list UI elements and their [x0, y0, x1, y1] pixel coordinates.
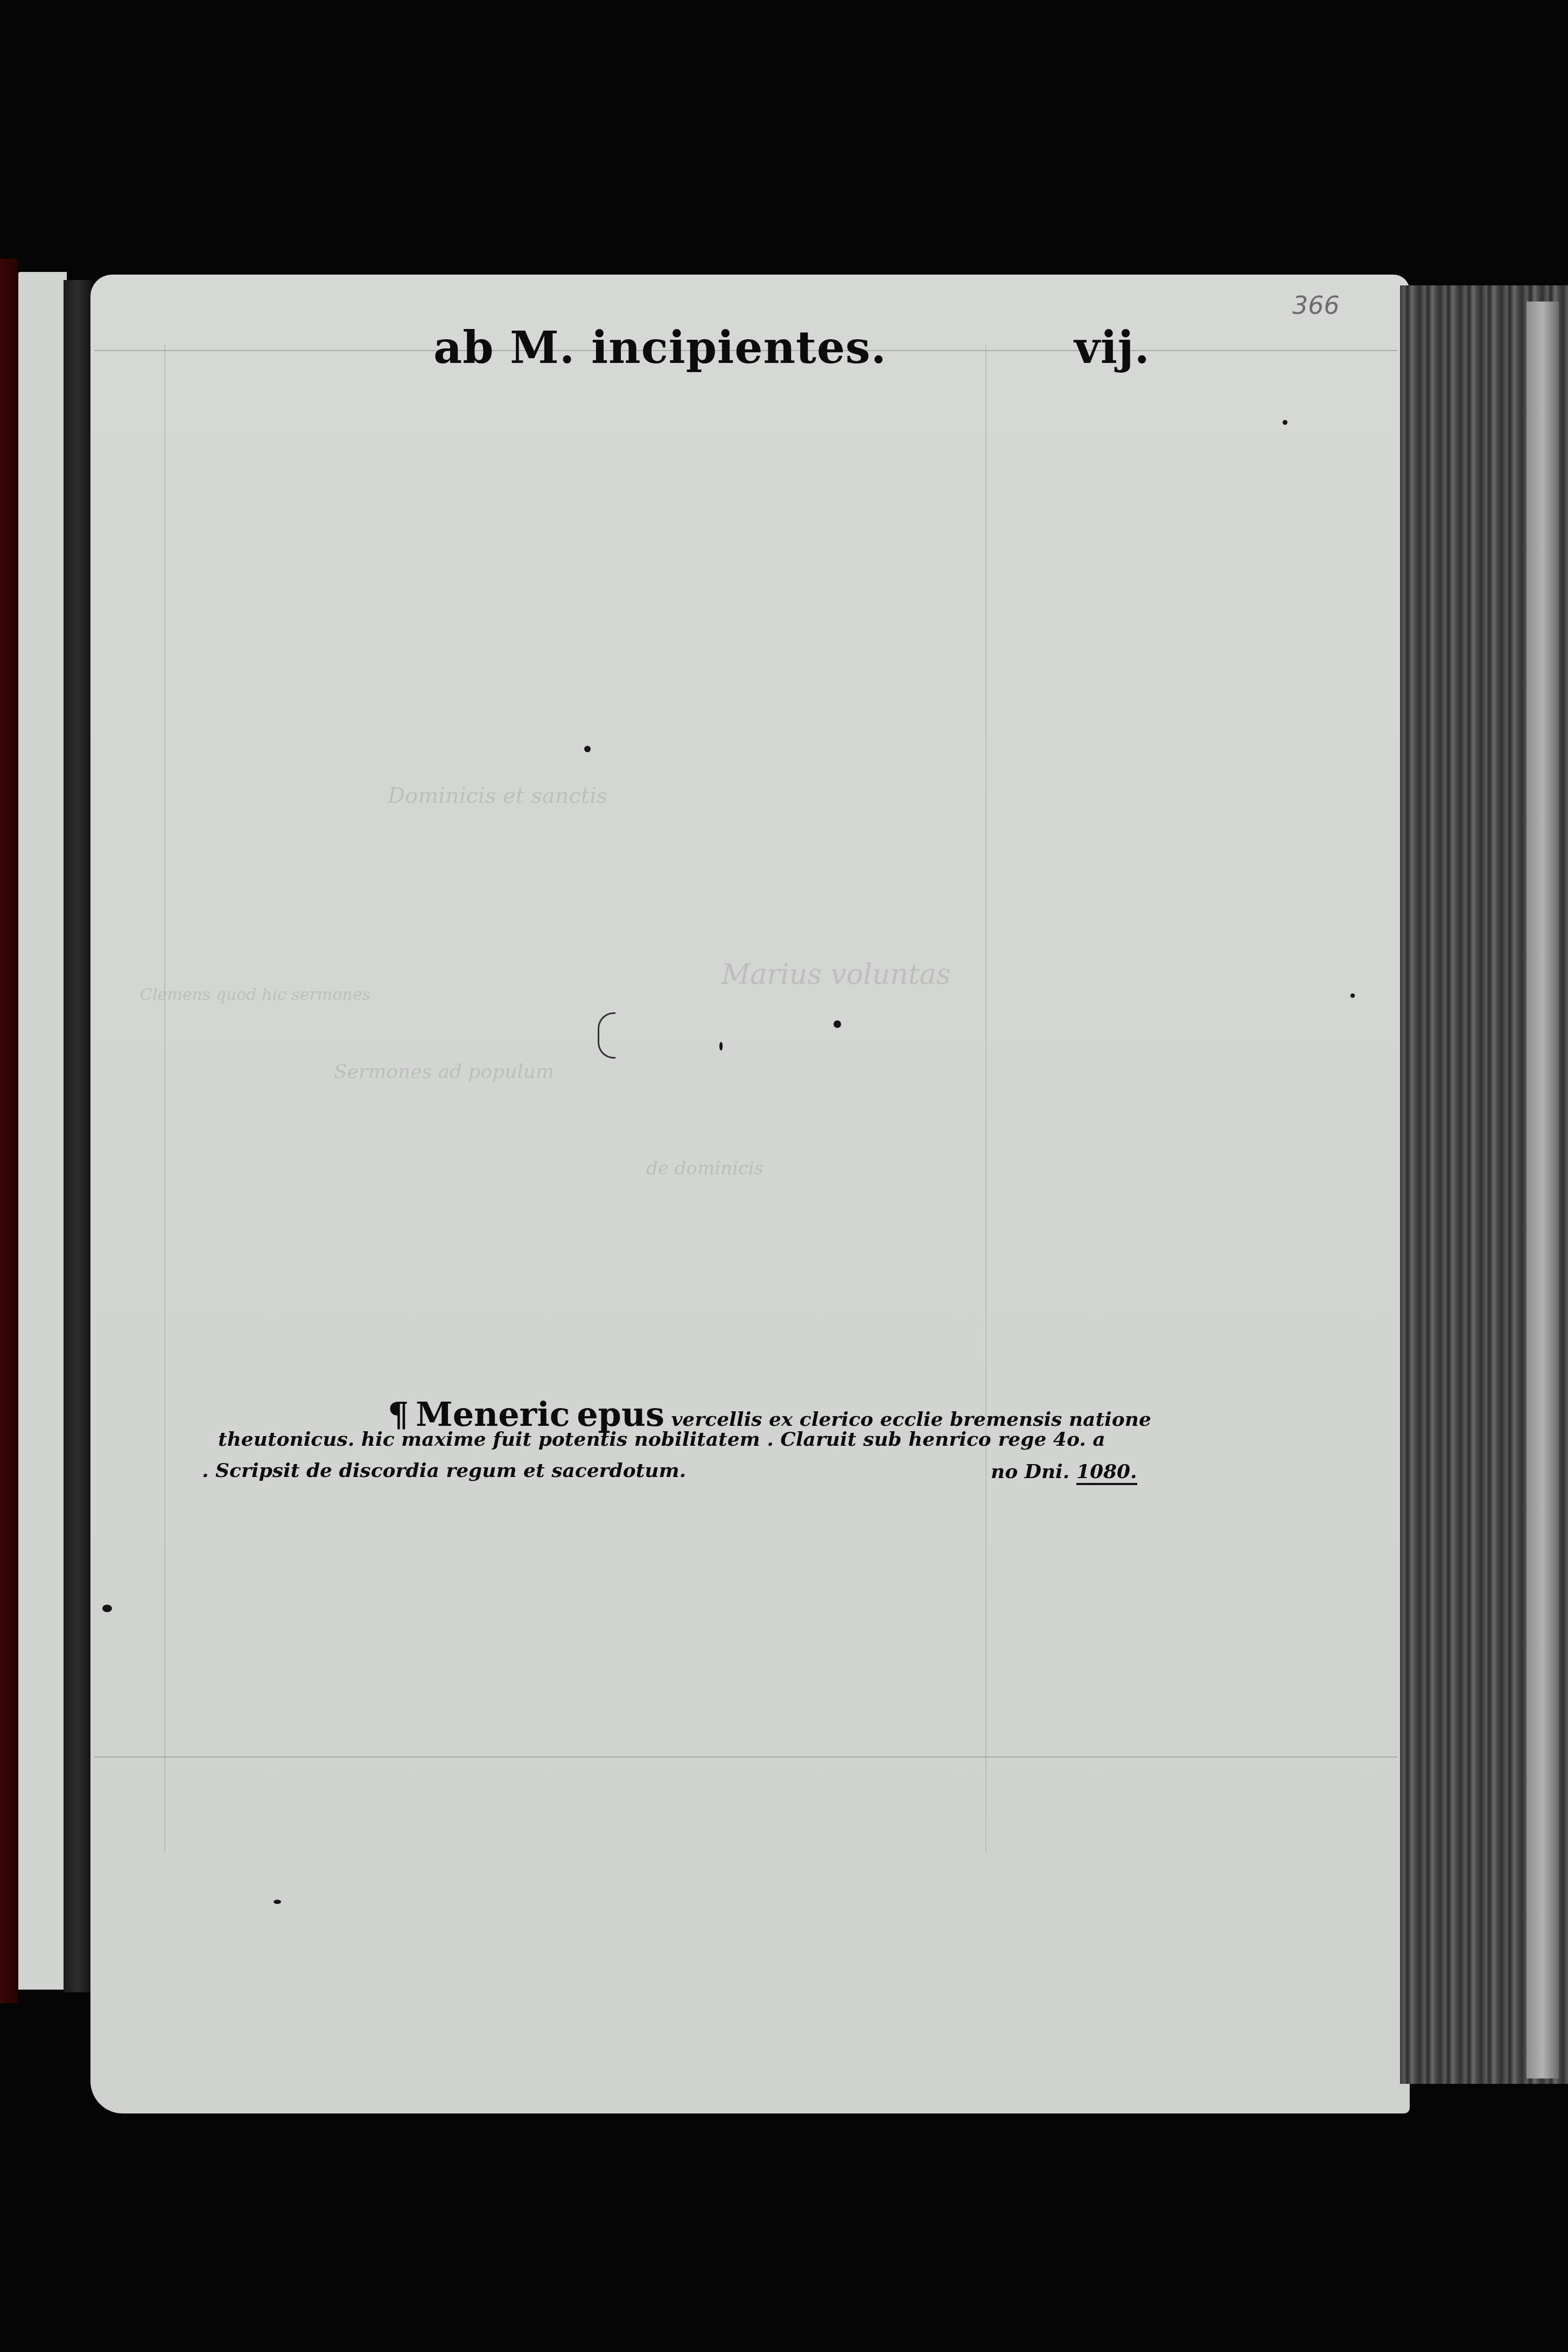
pen-scribble	[598, 1012, 615, 1059]
folio-number-roman: vij.	[1074, 322, 1150, 374]
binding-red-strip	[0, 258, 18, 2003]
bleed-through-text: Clemens quod hic sermones	[140, 985, 370, 1004]
note-date-year: 1080.	[1076, 1460, 1137, 1485]
book-fore-edge-highlight	[1527, 302, 1559, 2078]
ruling-line-column	[985, 345, 986, 1852]
ruling-line-left	[164, 345, 165, 1852]
book-gutter	[64, 280, 92, 1992]
note-line-3: . Scripsit de discordia regum et sacerdo…	[202, 1459, 686, 1482]
ink-speck	[719, 1042, 723, 1051]
note-line-2: theutonicus. hic maxime fuit potentis no…	[218, 1428, 1105, 1451]
ink-speck	[1350, 993, 1355, 998]
bleed-through-text: Dominicis et sanctis	[388, 783, 607, 808]
ink-blot	[102, 1605, 112, 1612]
ruling-line-bottom	[94, 1756, 1397, 1758]
running-head: ab M. incipientes.	[433, 322, 887, 374]
note-date: no Dni. 1080.	[991, 1460, 1137, 1483]
folio-number-pencil: 366	[1292, 291, 1340, 320]
facing-page-edge	[18, 272, 67, 1990]
manuscript-page	[90, 275, 1410, 2113]
bleed-through-text: Marius voluntas	[722, 958, 950, 991]
ink-speck	[584, 746, 591, 752]
bleed-through-text: Sermones ad populum	[334, 1061, 554, 1083]
ink-speck	[274, 1900, 281, 1904]
note-line-1-text: vercellis ex clerico ecclie bremensis na…	[671, 1408, 1151, 1431]
ink-speck	[834, 1020, 841, 1028]
ink-speck	[1283, 420, 1287, 425]
bleed-through-text: de dominicis	[646, 1158, 764, 1179]
note-date-prefix: no Dni.	[991, 1460, 1069, 1483]
